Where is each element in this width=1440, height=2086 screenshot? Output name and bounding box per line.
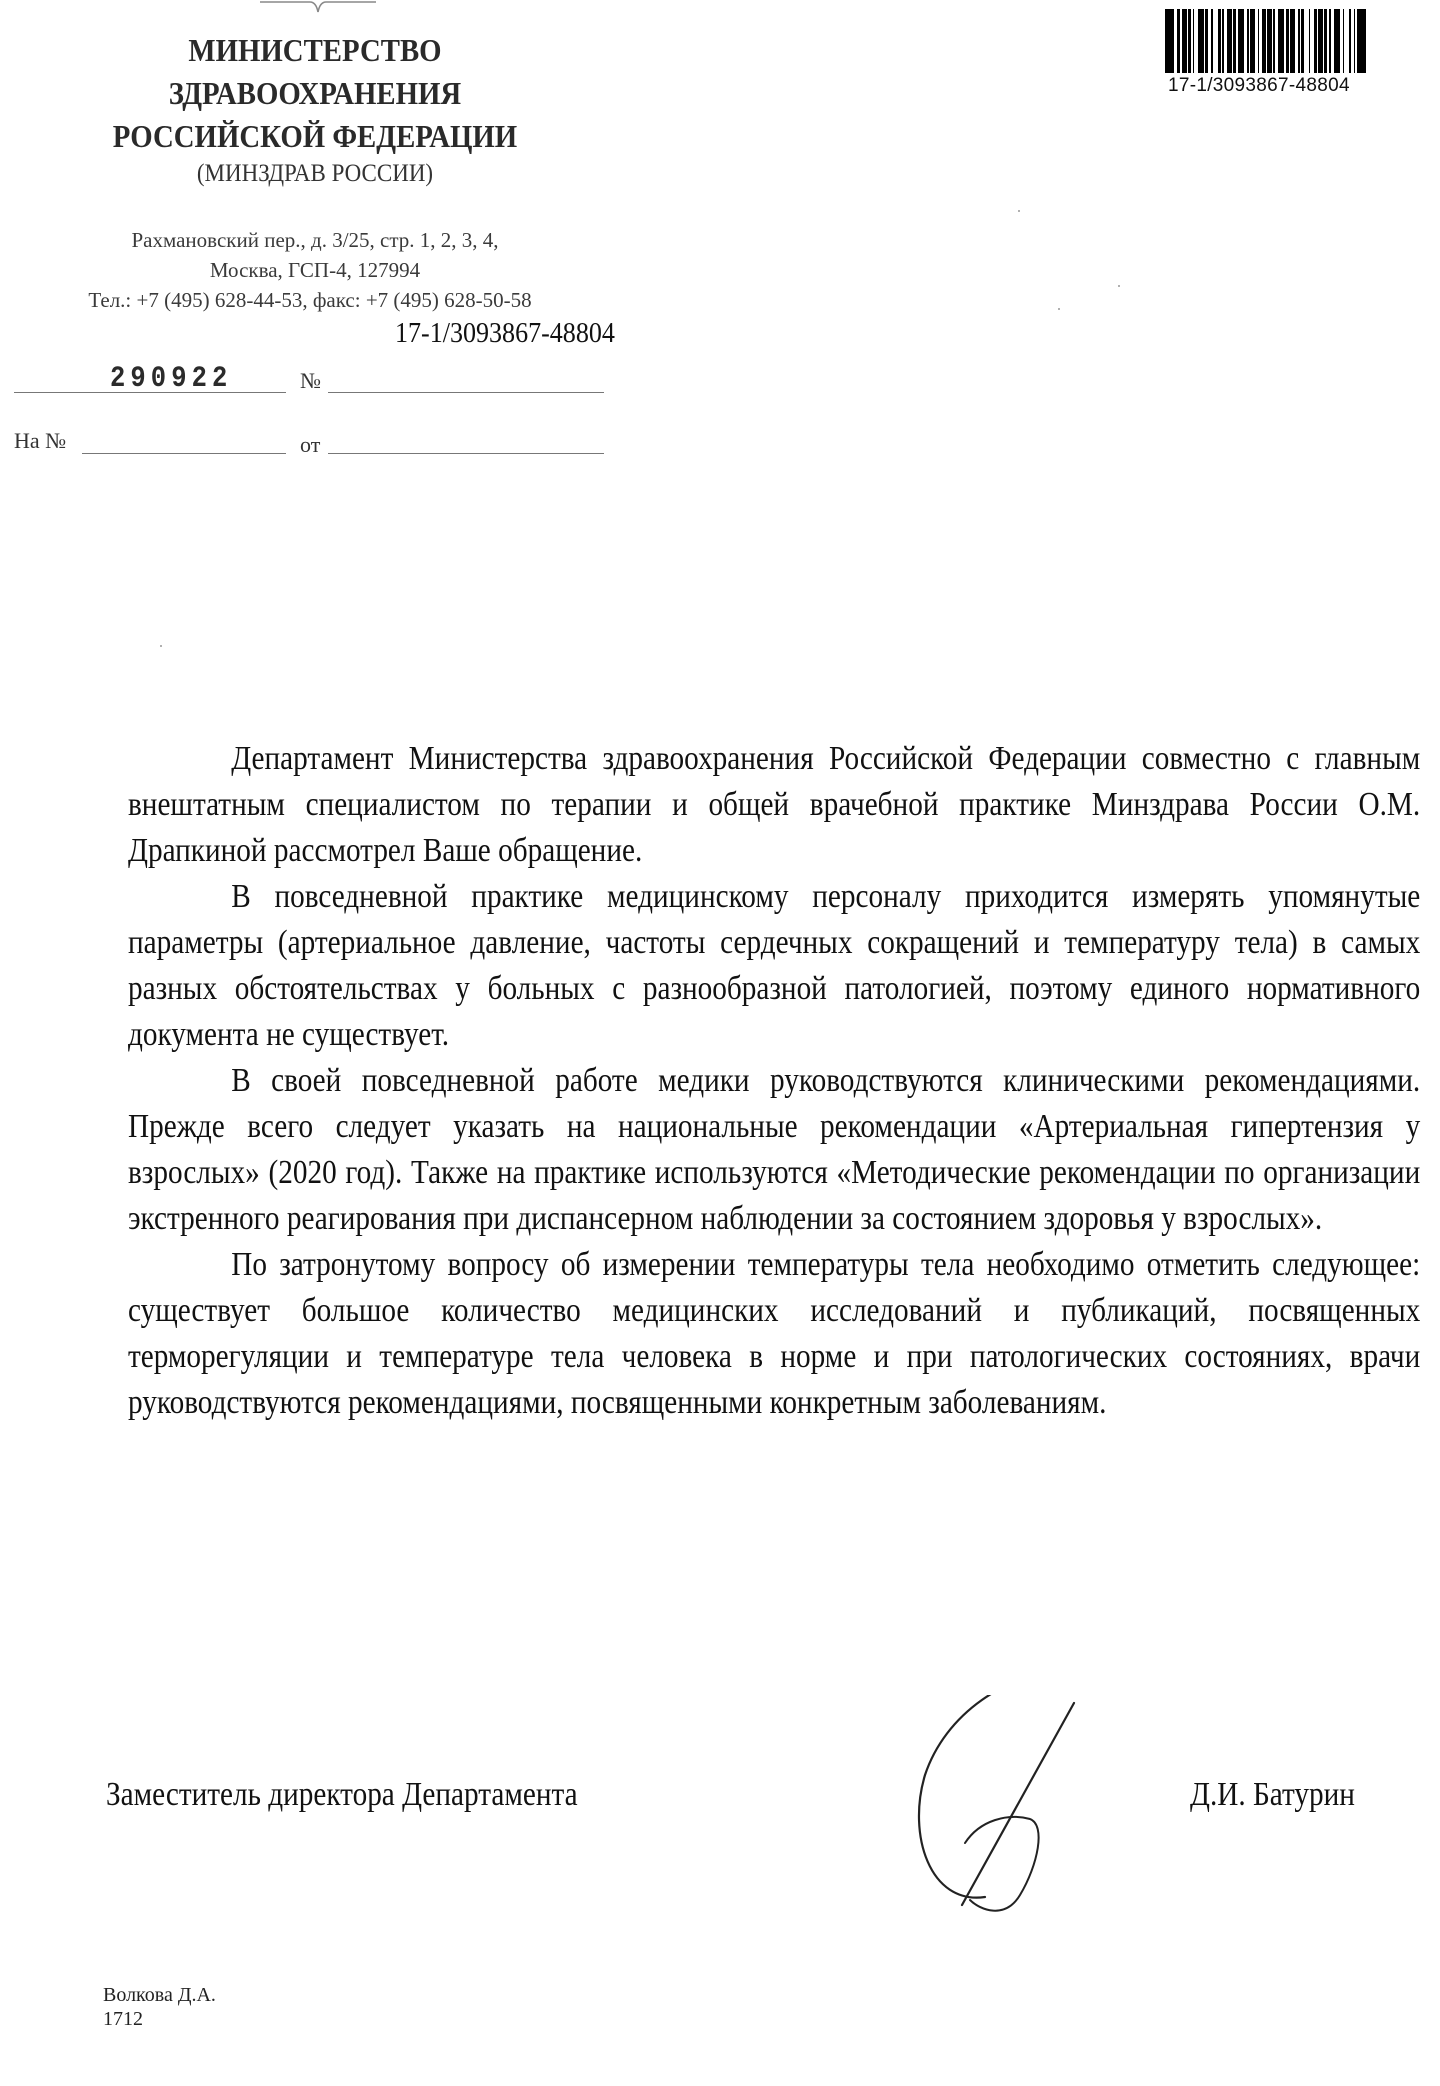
executor-name: Волкова Д.А.	[103, 1984, 216, 2007]
ministry-name-line-2: ЗДРАВООХРАНЕНИЯ	[32, 75, 599, 112]
signatory-name: Д.И. Батурин	[1190, 1776, 1355, 1814]
date-field-line	[14, 392, 286, 393]
date-stamp: 290922	[110, 362, 232, 396]
barcode-icon	[1165, 9, 1421, 73]
reply-to-label: На №	[14, 428, 66, 454]
from-label: от	[300, 432, 320, 458]
executor-phone: 1712	[103, 2008, 143, 2031]
letter-body: Департамент Министерства здравоохранения…	[128, 736, 1420, 1426]
registration-number: 17-1/3093867-48804	[395, 318, 615, 350]
scan-speck	[160, 645, 162, 647]
barcode-number: 17-1/3093867-48804	[1168, 75, 1350, 97]
body-paragraph: По затронутому вопросу об измерении темп…	[128, 1242, 1420, 1426]
scan-speck	[1118, 285, 1120, 287]
emblem-icon	[258, 0, 378, 14]
reply-to-field-line	[82, 453, 286, 454]
ministry-name-line-1: МИНИСТЕРСТВО	[32, 32, 599, 69]
body-paragraph: В своей повседневной работе медики руков…	[128, 1058, 1420, 1242]
contact-phones: Тел.: +7 (495) 628-44-53, факс: +7 (495)…	[0, 288, 620, 313]
number-field-line	[328, 392, 604, 393]
ministry-name-line-3: РОССИЙСКОЙ ФЕДЕРАЦИИ	[32, 118, 599, 155]
handwritten-signature-icon	[840, 1695, 1100, 1915]
address-line-2: Москва, ГСП-4, 127994	[0, 258, 630, 283]
body-paragraph: Департамент Министерства здравоохранения…	[128, 736, 1420, 874]
from-field-line	[328, 453, 604, 454]
signatory-role: Заместитель директора Департамента	[106, 1776, 578, 1814]
scan-speck	[1058, 308, 1060, 310]
ministry-short-name: (МИНЗДРАВ РОССИИ)	[25, 160, 605, 188]
number-label: №	[300, 368, 321, 394]
scan-speck	[1018, 210, 1020, 212]
address-line-1: Рахмановский пер., д. 3/25, стр. 1, 2, 3…	[0, 228, 630, 253]
body-paragraph: В повседневной практике медицинскому пер…	[128, 874, 1420, 1058]
